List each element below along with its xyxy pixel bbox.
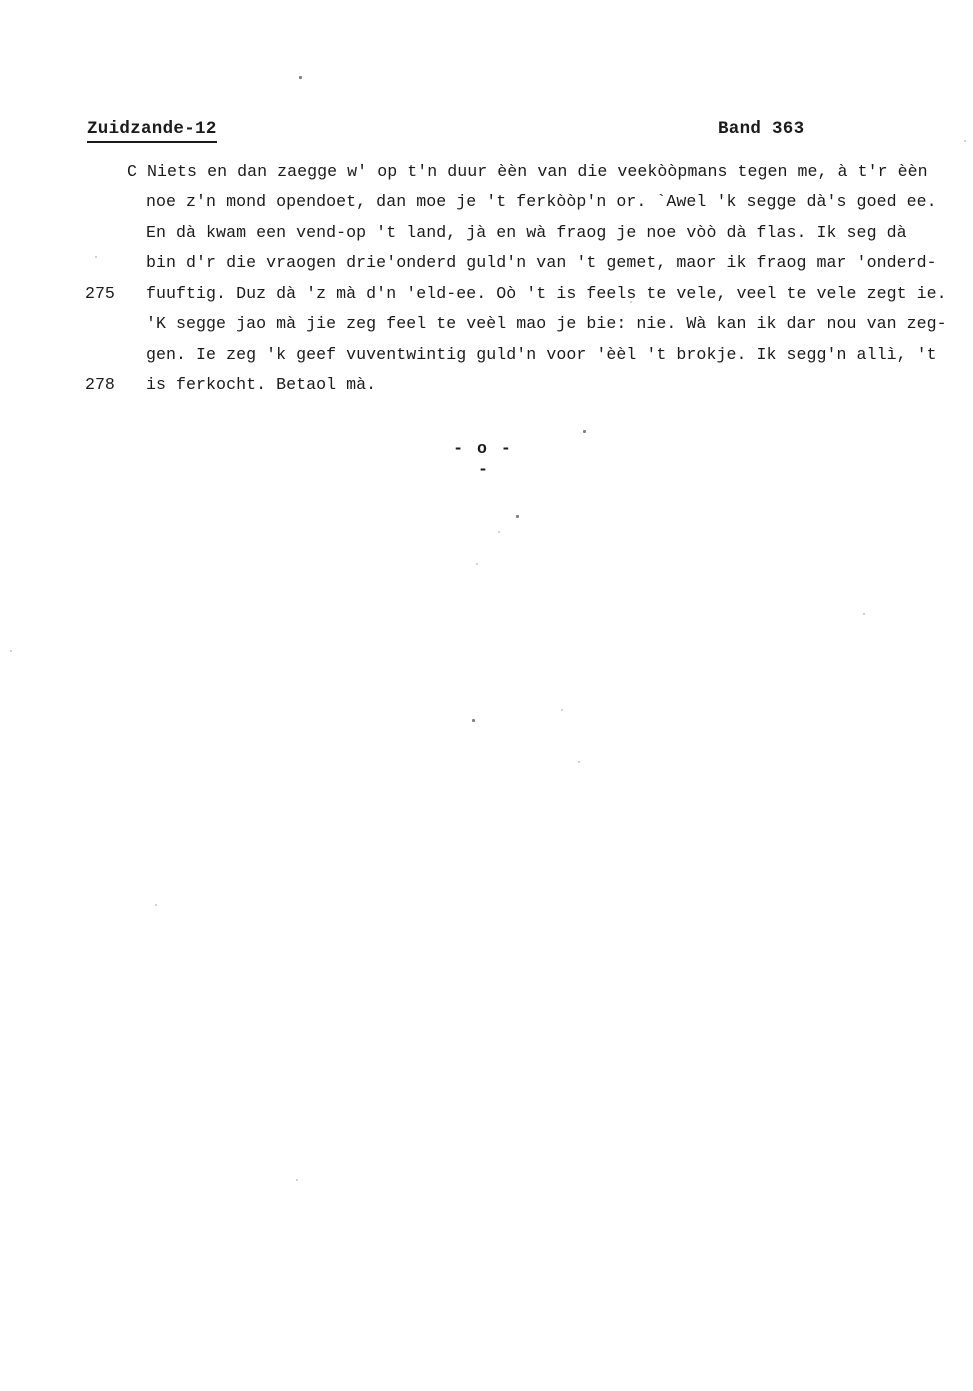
scan-speck <box>863 613 865 615</box>
line-number-275: 275 <box>85 284 115 303</box>
transcript-line: noe z'n mond opendoet, dan moe je 't fer… <box>0 188 973 218</box>
scan-speck <box>964 140 966 142</box>
line-text: is ferkocht. Betaol mà. <box>146 375 376 394</box>
transcript-line: En dà kwam een vend-op 't land, jà en wà… <box>0 219 973 249</box>
scanned-transcript-page: Zuidzande-12 Band 363 C Niets en dan zae… <box>0 0 973 1391</box>
line-text: En dà kwam een vend-op 't land, jà en wà… <box>146 223 907 242</box>
line-text: 'K segge jao mà jie zeg feel te veèl mao… <box>146 314 947 333</box>
scan-speck <box>10 650 12 652</box>
line-number-278: 278 <box>85 375 115 394</box>
scan-speck <box>578 761 580 763</box>
line-text: noe z'n mond opendoet, dan moe je 't fer… <box>146 192 937 211</box>
scan-speck <box>498 531 500 533</box>
scan-speck <box>155 904 157 906</box>
transcript-line: 278 is ferkocht. Betaol mà. <box>0 371 973 401</box>
scan-speck <box>472 719 475 722</box>
line-text: gen. Ie zeg 'k geef vuventwintig guld'n … <box>146 345 937 364</box>
line-text: C Niets en dan zaegge w' op t'n duur èèn… <box>127 162 928 181</box>
scan-speck <box>299 76 302 79</box>
transcript-body: C Niets en dan zaegge w' op t'n duur èèn… <box>0 158 973 402</box>
scan-speck <box>95 256 97 258</box>
line-text: fuuftig. Duz dà 'z mà d'n 'eld-ee. Oò 't… <box>146 284 947 303</box>
transcript-line: 275 fuuftig. Duz dà 'z mà d'n 'eld-ee. O… <box>0 280 973 310</box>
transcript-line: bin d'r die vraogen drie'onderd guld'n v… <box>0 249 973 279</box>
scan-speck <box>561 709 563 711</box>
scan-speck <box>583 430 586 433</box>
section-divider-dash: - <box>448 460 518 479</box>
band-number: Band 363 <box>718 119 804 139</box>
scan-speck <box>630 301 632 303</box>
section-divider: - o - <box>448 439 518 458</box>
scan-speck <box>516 515 519 518</box>
transcript-line: C Niets en dan zaegge w' op t'n duur èèn… <box>0 158 973 188</box>
document-title: Zuidzande-12 <box>87 119 217 143</box>
transcript-line: 'K segge jao mà jie zeg feel te veèl mao… <box>0 310 973 340</box>
scan-speck <box>296 1179 298 1181</box>
transcript-line: gen. Ie zeg 'k geef vuventwintig guld'n … <box>0 341 973 371</box>
scan-speck <box>476 563 478 565</box>
line-text: bin d'r die vraogen drie'onderd guld'n v… <box>146 253 937 272</box>
